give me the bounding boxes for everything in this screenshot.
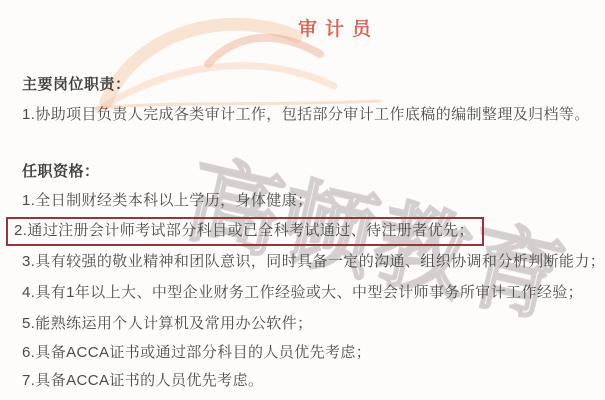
qualification-item-7: 7.具备ACCA证书的人员优先考虑。 bbox=[22, 372, 583, 390]
qualification-item-5: 5.能熟练运用个人计算机及常用办公软件； bbox=[22, 315, 583, 333]
qualification-item-1: 1.全日制财经类本科以上学历，身体健康； bbox=[22, 192, 583, 210]
qualifications-section: 任职资格： 1.全日制财经类本科以上学历，身体健康； 2.通过注册会计师考试部分… bbox=[22, 163, 583, 390]
highlight-box: 2.通过注册会计师考试部分科目或已全科考试通过、待注册者优先； bbox=[6, 217, 484, 246]
qualification-item-4: 4.具有1年以上大、中型企业财务工作经验或大、中型会计师事务所审计工作经验； bbox=[22, 284, 583, 302]
page-title: 审计员 bbox=[58, 18, 605, 42]
responsibilities-heading: 主要岗位职责： bbox=[22, 76, 583, 94]
qualification-item-3: 3.具有较强的敬业精神和团队意识，同时具备一定的沟通、组织协调和分析判断能力； bbox=[22, 253, 583, 271]
responsibility-item-1: 1.协助项目负责人完成各类审计工作，包括部分审计工作底稿的编制整理及归档等。 bbox=[22, 106, 583, 124]
qualification-item-6: 6.具备ACCA证书或通过部分科目的人员优先考虑； bbox=[22, 344, 583, 362]
qualifications-heading: 任职资格： bbox=[22, 163, 583, 181]
qualification-item-2-highlighted: 2.通过注册会计师考试部分科目或已全科考试通过、待注册者优先； bbox=[22, 217, 583, 246]
responsibilities-section: 主要岗位职责： 1.协助项目负责人完成各类审计工作，包括部分审计工作底稿的编制整… bbox=[22, 76, 583, 124]
job-posting-page: 高顿教育 审计员 主要岗位职责： 1.协助项目负责人完成各类审计工作，包括部分审… bbox=[0, 0, 605, 400]
